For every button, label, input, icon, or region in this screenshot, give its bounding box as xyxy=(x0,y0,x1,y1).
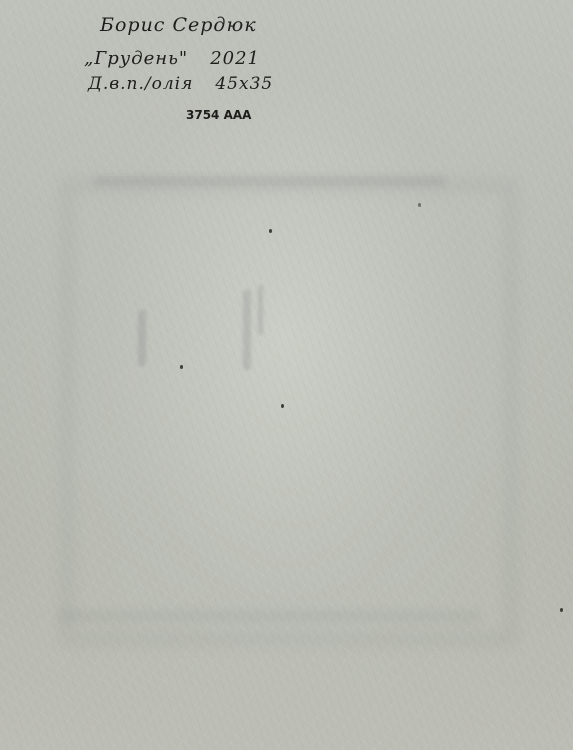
ink-fleck xyxy=(269,229,272,233)
painting-back-board: Борис Сердюк „Грудень"2021 Д.в.п./олія45… xyxy=(0,0,573,750)
pencil-trace-top xyxy=(95,176,445,186)
medium-size-line: Д.в.п./олія45x35 xyxy=(88,74,273,94)
ink-fleck xyxy=(281,404,284,408)
faint-pencil-mark xyxy=(138,310,146,366)
ink-fleck xyxy=(560,608,563,612)
faint-pencil-mark xyxy=(258,285,263,335)
inventory-code: 3754 ААА xyxy=(186,108,251,122)
artwork-year: 2021 xyxy=(210,48,260,69)
artist-name: Борис Сердюк xyxy=(100,14,257,36)
pencil-trace-bottom xyxy=(60,610,480,622)
stretcher-shadow xyxy=(60,178,518,646)
artwork-title: „Грудень" xyxy=(84,48,188,69)
ink-fleck xyxy=(418,203,421,207)
faint-pencil-mark xyxy=(243,290,251,370)
artwork-size: 45x35 xyxy=(215,74,273,94)
ink-fleck xyxy=(180,365,183,369)
artwork-medium: Д.в.п./олія xyxy=(88,74,193,94)
title-year-line: „Грудень"2021 xyxy=(84,48,260,69)
